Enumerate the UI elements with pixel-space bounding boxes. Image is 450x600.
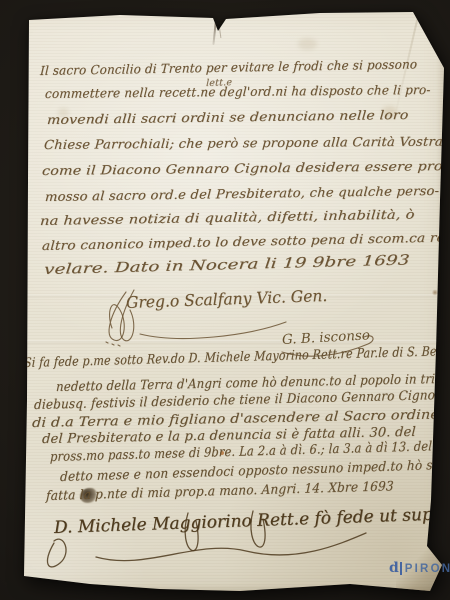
letter-line: commettere nella recett.ne degl'ord.ni h… xyxy=(45,83,431,101)
letter-line: Il sacro Concilio di Trento per evitare … xyxy=(40,57,418,78)
foxing-stain xyxy=(298,38,317,50)
letter-line: Chiese Parrochiali; che però se propone … xyxy=(44,135,444,153)
vicar-signature: Greg.o Scalfany Vic. Gen. xyxy=(100,284,300,348)
manuscript-paper: Il sacro Concilio di Trento per evitare … xyxy=(0,0,450,600)
edge-stain xyxy=(432,289,438,296)
pirone-watermark: d PIRONE xyxy=(389,562,450,575)
interline-insertion: lett.e xyxy=(206,78,233,90)
paper-shadow: Il sacro Concilio di Trento per evitare … xyxy=(0,0,450,600)
letter-line: altro canonico imped.to lo deve sotto pe… xyxy=(42,230,450,253)
letter-date-line: velare. Dato in Nocera li 19 9bre 1693 xyxy=(43,252,410,278)
attestation-line: Si fa fede p.me sotto Rev.do D. Michele … xyxy=(24,345,441,372)
watermark-logo-icon: d xyxy=(389,562,402,575)
letter-line: na havesse notizia di qualità, difetti, … xyxy=(40,207,416,228)
rector-signature: D. Michele Maggiorino Rett.e fò fede ut … xyxy=(38,505,383,577)
paper-tear xyxy=(212,14,217,45)
paper-tear-line xyxy=(218,18,222,38)
letter-line: mosso al sacro ord.e del Presbiterato, c… xyxy=(45,184,440,205)
letter-line: come il Diacono Gennaro Cignola desidera… xyxy=(42,159,449,178)
letter-line: movendi alli sacri ordini se denunciano … xyxy=(47,108,409,127)
photo-stage: Il sacro Concilio di Trento per evitare … xyxy=(0,0,450,600)
watermark-text: PIRONE xyxy=(405,563,450,575)
